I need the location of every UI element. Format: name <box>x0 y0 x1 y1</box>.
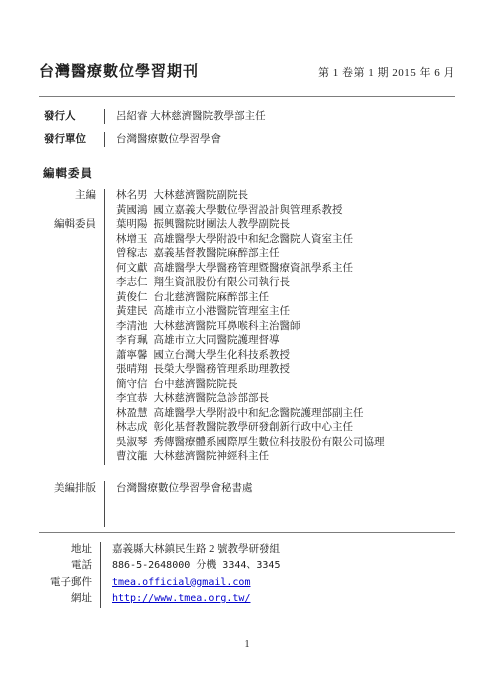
editorial-member-row: 林名男大林慈濟醫院副院長 <box>116 189 385 204</box>
publisher-row-value: 呂紹睿 大林慈濟醫院教學部主任 <box>104 109 266 124</box>
member-affiliation: 高雄市立小港醫院管理室主任 <box>154 306 291 317</box>
journal-title: 台灣醫療數位學習期刊 <box>39 60 199 81</box>
layout-editor-value: 台灣醫療數位學習學會秘書處 <box>104 481 253 527</box>
member-name: 曾稼志 <box>116 248 148 259</box>
member-name: 曹汶龍 <box>116 451 148 462</box>
member-affiliation: 高雄醫學大學附設中和紀念醫院人資室主任 <box>154 234 354 245</box>
member-name: 吳淑琴 <box>116 437 148 448</box>
chief-editor-label: 主編 <box>75 189 96 204</box>
masthead: 台灣醫療數位學習期刊 第 1 卷第 1 期 2015 年 6 月 <box>39 0 455 81</box>
contact-link[interactable]: tmea.official@gmail.com <box>112 575 280 592</box>
editorial-member-row: 張晴翔長榮大學醫務管理系助理教授 <box>116 363 385 378</box>
member-affiliation: 大林慈濟醫院副院長 <box>154 190 249 201</box>
member-affiliation: 台北慈濟醫院麻醉部主任 <box>154 292 270 303</box>
member-affiliation: 大林慈濟醫院急診部部長 <box>154 393 270 404</box>
member-affiliation: 高雄醫學大學附設中和紀念醫院護理部副主任 <box>154 408 364 419</box>
editorial-member-row: 林志成彰化基督教醫院教學研發創新行政中心主任 <box>116 421 385 436</box>
editorial-member-row: 李育珮高雄市立大同醫院護理督導 <box>116 334 385 349</box>
document-page: 台灣醫療數位學習期刊 第 1 卷第 1 期 2015 年 6 月 發行人呂紹睿 … <box>0 0 494 700</box>
editorial-member-row: 李清池大林慈濟醫院耳鼻喉科主治醫師 <box>116 320 385 335</box>
member-affiliation: 長榮大學醫務管理系助理教授 <box>154 364 291 375</box>
contact-row-value: 886-5-2648000 分機 3344、3345 <box>112 558 280 575</box>
editorial-member-row: 李志仁翔生資訊股份有限公司執行長 <box>116 276 385 291</box>
member-name: 林志成 <box>116 422 148 433</box>
member-name: 李宜恭 <box>116 393 148 404</box>
contact-row-label: 電子郵件 <box>39 575 92 592</box>
divider-top <box>39 96 455 97</box>
member-affiliation: 大林慈濟醫院耳鼻喉科主治醫師 <box>154 321 301 332</box>
member-affiliation: 國立嘉義大學數位學習設計與管理系教授 <box>154 205 343 216</box>
member-name: 葉明陽 <box>116 219 148 230</box>
editorial-member-row: 何文獻高雄醫學大學醫務管理暨醫療資訊學系主任 <box>116 262 385 277</box>
divider-bottom <box>39 532 455 533</box>
editorial-member-row: 黃國鴻國立嘉義大學數位學習設計與管理系教授 <box>116 204 385 219</box>
editorial-member-row: 林增玉高雄醫學大學附設中和紀念醫院人資室主任 <box>116 233 385 248</box>
member-affiliation: 高雄市立大同醫院護理督導 <box>154 335 280 346</box>
contact-value-column: 嘉義縣大林鎮民生路 2 號教學研發組886-5-2648000 分機 3344、… <box>100 542 280 608</box>
editorial-member-row: 吳淑琴秀傳醫療體系國際厚生數位科技股份有限公司協理 <box>116 436 385 451</box>
contact-link[interactable]: http://www.tmea.org.tw/ <box>112 591 280 608</box>
publisher-row-label: 發行人 <box>39 109 96 124</box>
member-name: 李志仁 <box>116 277 148 288</box>
editorial-board-heading: 編輯委員 <box>39 165 455 181</box>
editorial-member-list: 林名男大林慈濟醫院副院長黃國鴻國立嘉義大學數位學習設計與管理系教授葉明陽振興醫院… <box>104 189 385 465</box>
editorial-member-row: 李宜恭大林慈濟醫院急診部部長 <box>116 392 385 407</box>
member-name: 黃建民 <box>116 306 148 317</box>
editorial-member-row: 蕭寧馨國立台灣大學生化科技系教授 <box>116 349 385 364</box>
contact-row-label: 電話 <box>39 558 92 575</box>
member-name: 林增玉 <box>116 234 148 245</box>
editorial-member-row: 林盈慧高雄醫學大學附設中和紀念醫院護理部副主任 <box>116 407 385 422</box>
member-affiliation: 國立台灣大學生化科技系教授 <box>154 350 291 361</box>
member-affiliation: 高雄醫學大學醫務管理暨醫療資訊學系主任 <box>154 263 354 274</box>
member-name: 李清池 <box>116 321 148 332</box>
member-name: 黃俊仁 <box>116 292 148 303</box>
contact-label-column: 地址電話電子郵件網址 <box>39 542 92 608</box>
member-affiliation: 翔生資訊股份有限公司執行長 <box>154 277 291 288</box>
member-name: 林名男 <box>116 190 148 201</box>
editorial-member-row: 簡守信台中慈濟醫院院長 <box>116 378 385 393</box>
page-number: 1 <box>0 639 494 650</box>
member-name: 張晴翔 <box>116 364 148 375</box>
contact-row-label: 地址 <box>39 542 92 559</box>
contact-table: 地址電話電子郵件網址 嘉義縣大林鎮民生路 2 號教學研發組886-5-26480… <box>39 542 455 608</box>
issue-info: 第 1 卷第 1 期 2015 年 6 月 <box>318 64 455 80</box>
editorial-board-table: 主編 編輯委員 林名男大林慈濟醫院副院長黃國鴻國立嘉義大學數位學習設計與管理系教… <box>39 189 455 465</box>
member-affiliation: 大林慈濟醫院神經科主任 <box>154 451 270 462</box>
publisher-row: 發行單位台灣醫療數位學習學會 <box>39 132 455 147</box>
member-name: 林盈慧 <box>116 408 148 419</box>
publisher-row: 發行人呂紹睿 大林慈濟醫院教學部主任 <box>39 109 455 124</box>
member-affiliation: 嘉義基督教醫院麻醉部主任 <box>154 248 280 259</box>
member-affiliation: 振興醫院財團法人教學副院長 <box>154 219 291 230</box>
editorial-member-row: 葉明陽振興醫院財團法人教學副院長 <box>116 218 385 233</box>
member-affiliation: 台中慈濟醫院院長 <box>154 379 238 390</box>
member-name: 蕭寧馨 <box>116 350 148 361</box>
member-affiliation: 彰化基督教醫院教學研發創新行政中心主任 <box>154 422 354 433</box>
member-name: 黃國鴻 <box>116 205 148 216</box>
member-name: 簡守信 <box>116 379 148 390</box>
editorial-label-column: 主編 編輯委員 <box>39 189 96 465</box>
layout-editor-label: 美編排版 <box>39 481 96 527</box>
member-affiliation: 秀傳醫療體系國際厚生數位科技股份有限公司協理 <box>154 437 385 448</box>
contact-row-label: 網址 <box>39 591 92 608</box>
editorial-member-row: 黃建民高雄市立小港醫院管理室主任 <box>116 305 385 320</box>
board-members-label: 編輯委員 <box>54 218 96 233</box>
layout-editor-row: 美編排版 台灣醫療數位學習學會秘書處 <box>39 481 455 527</box>
member-name: 何文獻 <box>116 263 148 274</box>
publisher-table: 發行人呂紹睿 大林慈濟醫院教學部主任發行單位台灣醫療數位學習學會 <box>39 109 455 147</box>
publisher-row-value: 台灣醫療數位學習學會 <box>104 132 221 147</box>
contact-row-value: 嘉義縣大林鎮民生路 2 號教學研發組 <box>112 542 280 559</box>
editorial-member-row: 黃俊仁台北慈濟醫院麻醉部主任 <box>116 291 385 306</box>
editorial-member-row: 曹汶龍大林慈濟醫院神經科主任 <box>116 450 385 465</box>
member-name: 李育珮 <box>116 335 148 346</box>
editorial-member-row: 曾稼志嘉義基督教醫院麻醉部主任 <box>116 247 385 262</box>
publisher-row-label: 發行單位 <box>39 132 96 147</box>
